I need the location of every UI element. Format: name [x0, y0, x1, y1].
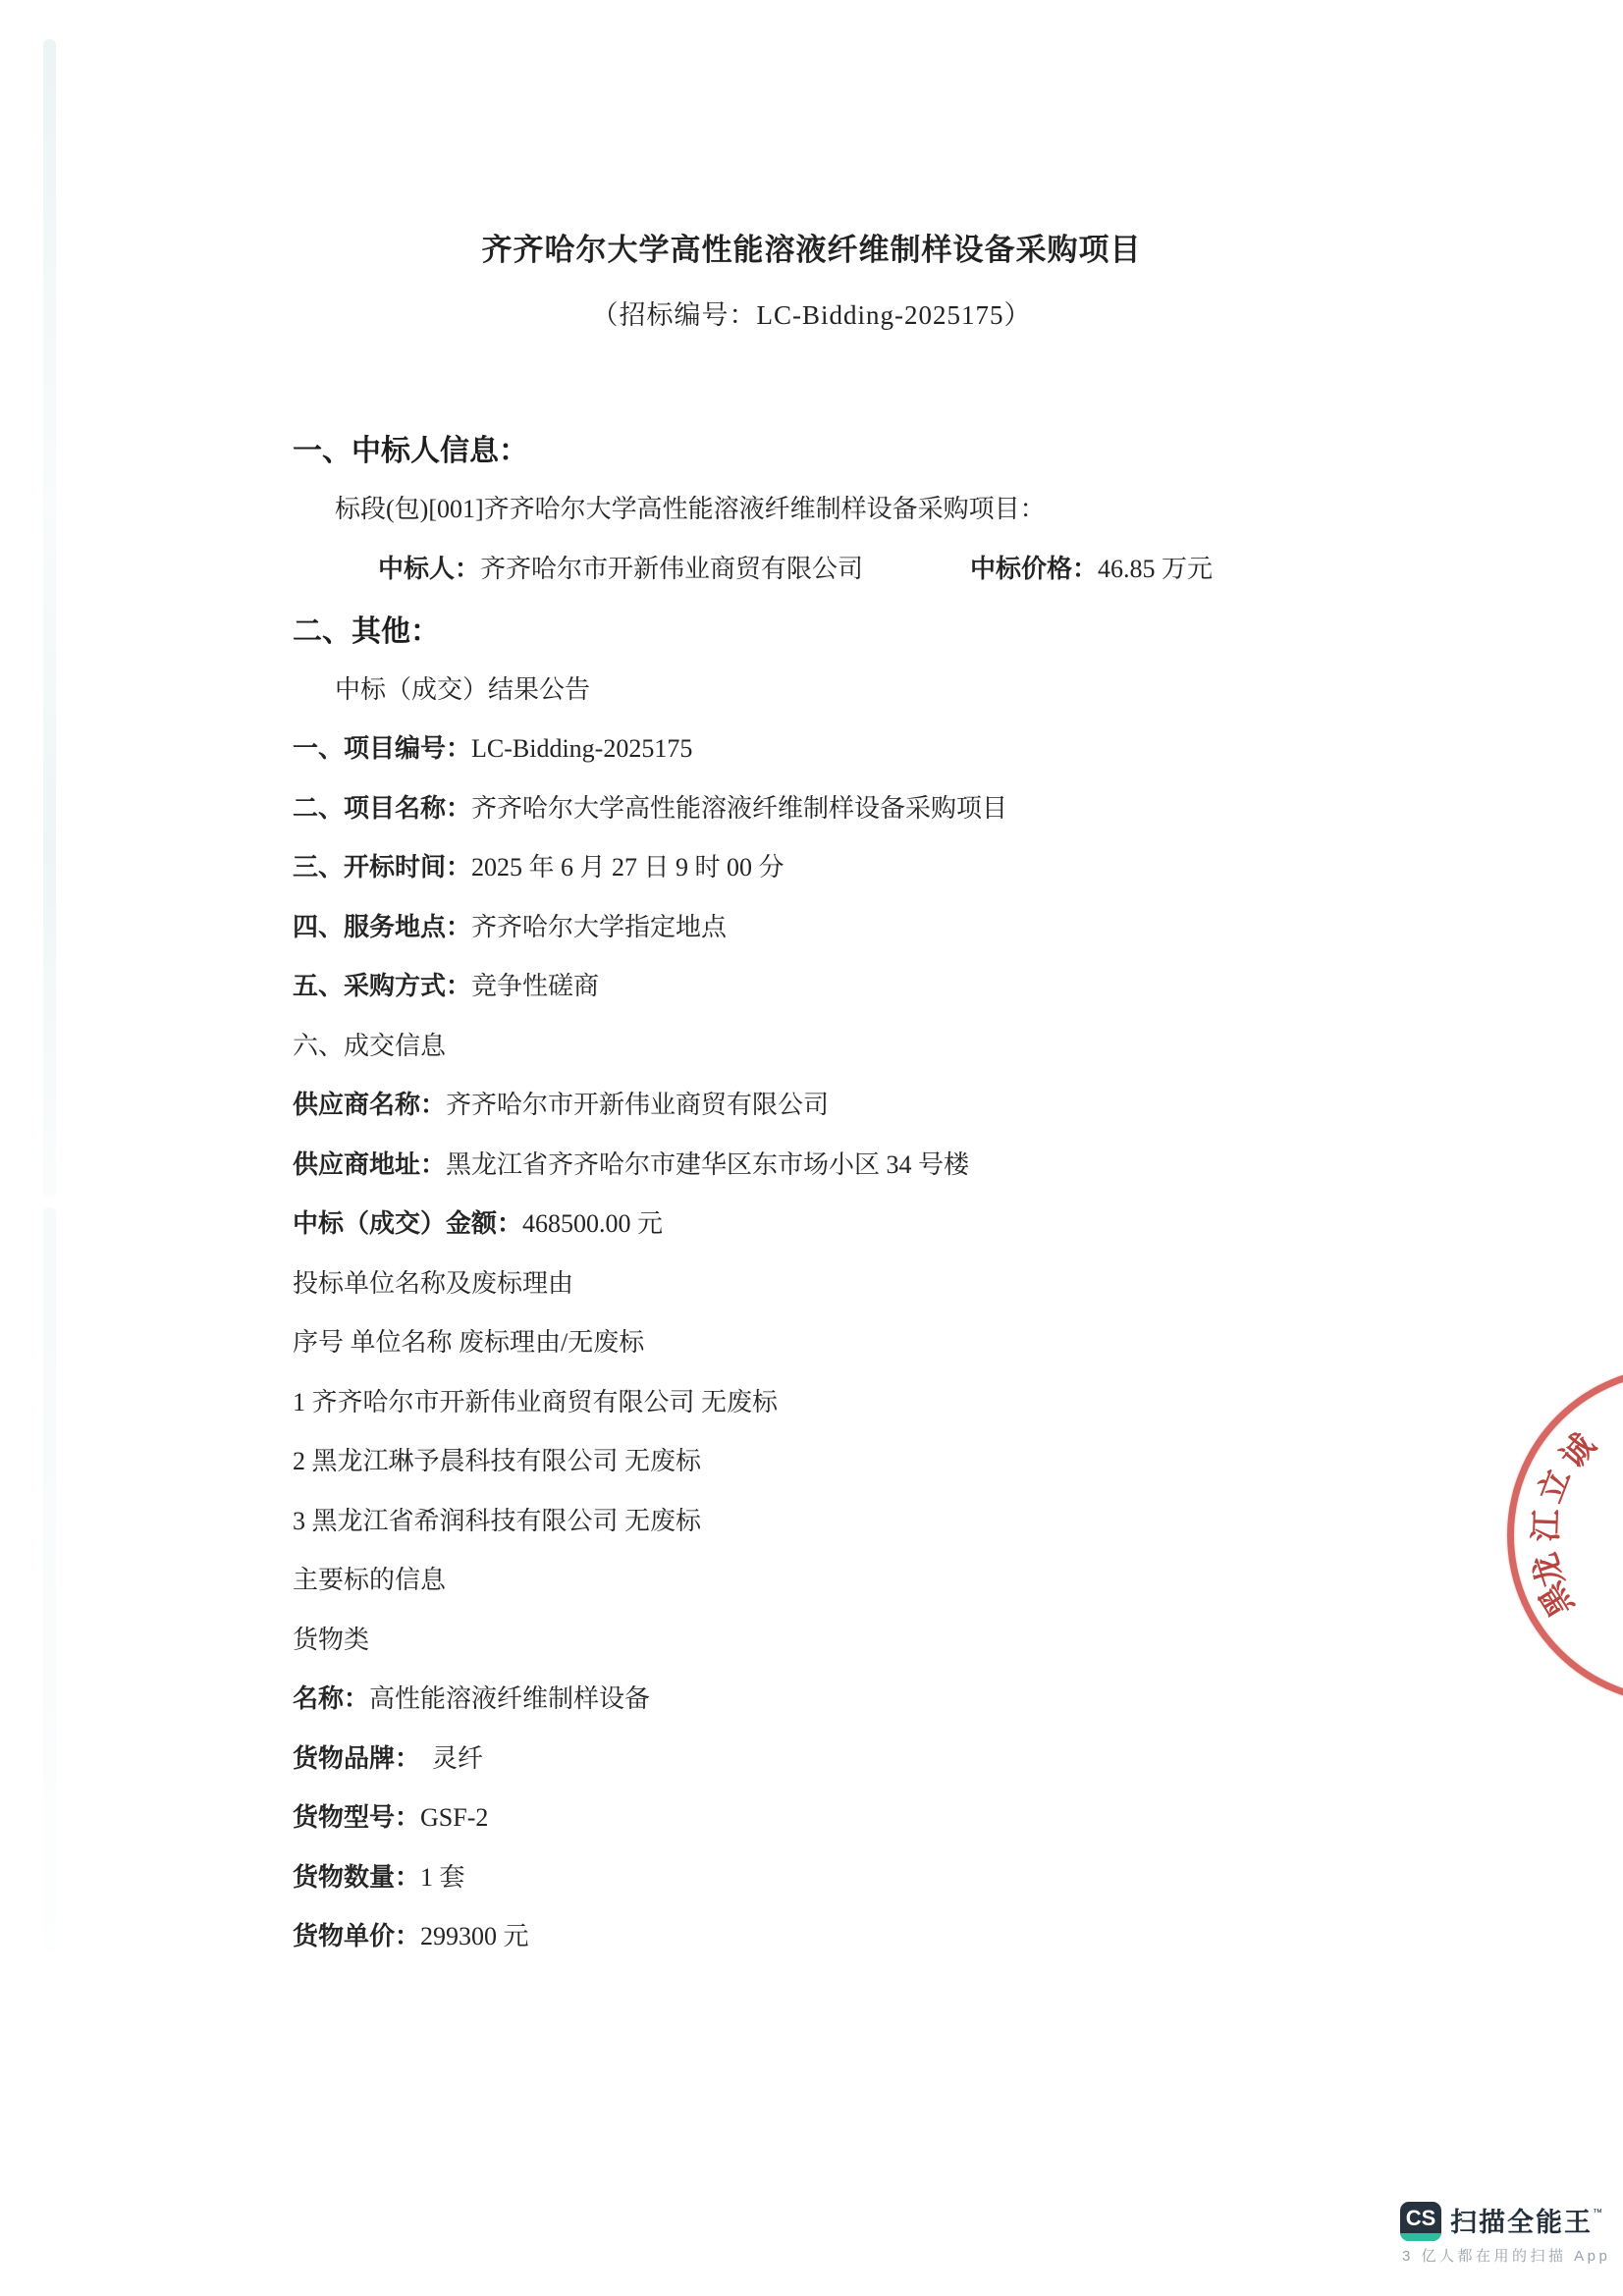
trademark-symbol: ™: [1593, 2208, 1604, 2218]
seal-character: 江: [1528, 1506, 1566, 1544]
doc-line-bidder-2: 2 黑龙江琳予晨科技有限公司 无废标: [293, 1441, 701, 1482]
doc-line-supplier-address: 供应商地址：黑龙江省齐齐哈尔市建华区东市场小区 34 号楼: [293, 1145, 969, 1186]
cs-logo-teal-bar: [1400, 2233, 1441, 2241]
doc-line-goods-model: 货物型号：GSF-2: [293, 1797, 488, 1839]
doc-line-supplier-name: 供应商名称：齐齐哈尔市开新伟业商贸有限公司: [293, 1085, 829, 1126]
doc-line-procurement-method: 五、采购方式：竞争性磋商: [293, 966, 599, 1007]
doc-line-goods-unit-price: 货物单价：299300 元: [293, 1916, 529, 1957]
doc-line-bidder-3: 3 黑龙江省希润科技有限公司 无废标: [293, 1501, 701, 1542]
doc-line-goods-name: 名称：高性能溶液纤维制样设备: [293, 1679, 650, 1720]
announcement-title: 中标（成交）结果公告: [335, 669, 590, 711]
document-title: 齐齐哈尔大学高性能溶液纤维制样设备采购项目: [0, 229, 1623, 272]
doc-line-project-name: 二、项目名称：齐齐哈尔大学高性能溶液纤维制样设备采购项目: [293, 788, 1007, 829]
doc-line-goods-brand: 货物品牌：灵纤: [293, 1738, 483, 1780]
section-other-heading: 二、其他：: [293, 611, 440, 654]
lot-line: 标段(包)[001]齐齐哈尔大学高性能溶液纤维制样设备采购项目：: [335, 489, 1046, 530]
scanned-document-page: 齐齐哈尔大学高性能溶液纤维制样设备采购项目 （招标编号：LC-Bidding-2…: [0, 0, 1623, 2296]
doc-line-project-number: 一、项目编号：LC-Bidding-2025175: [293, 728, 692, 770]
camscanner-tagline: 3 亿人都在用的扫描 App: [1402, 2246, 1610, 2268]
winner-line: 中标人：齐齐哈尔市开新伟业商贸有限公司 中标价格：46.85 万元: [0, 549, 1623, 590]
doc-line-opening-time: 三、开标时间：2025 年 6 月 27 日 9 时 00 分: [293, 847, 784, 888]
camscanner-logo-icon: CS: [1400, 2202, 1441, 2241]
cs-logo-letters: CS: [1400, 2202, 1441, 2232]
doc-line-table-header: 序号 单位名称 废标理由/无废标: [293, 1322, 644, 1363]
doc-line-deal-info: 六、成交信息: [293, 1026, 446, 1067]
doc-line-award-amount: 中标（成交）金额：468500.00 元: [293, 1203, 663, 1245]
doc-line-bidder-1: 1 齐齐哈尔市开新伟业商贸有限公司 无废标: [293, 1382, 778, 1423]
winner-name: 中标人：齐齐哈尔市开新伟业商贸有限公司: [378, 549, 863, 590]
winning-price: 中标价格：46.85 万元: [970, 549, 1213, 590]
scan-edge-artifact: [43, 39, 56, 1198]
camscanner-brand-name: 扫描全能王™: [1450, 2204, 1604, 2241]
doc-line-goods-category: 货物类: [293, 1620, 369, 1661]
scan-edge-artifact: [43, 1207, 56, 1953]
doc-line-bidders-header: 投标单位名称及废标理由: [293, 1263, 573, 1305]
doc-line-service-location: 四、服务地点：齐齐哈尔大学指定地点: [293, 907, 727, 948]
section-winner-info-heading: 一、中标人信息：: [293, 430, 528, 473]
tender-number-subtitle: （招标编号：LC-Bidding-2025175）: [0, 294, 1623, 337]
doc-line-main-subject-info: 主要标的信息: [293, 1560, 446, 1601]
doc-line-goods-quantity: 货物数量：1 套: [293, 1857, 465, 1898]
